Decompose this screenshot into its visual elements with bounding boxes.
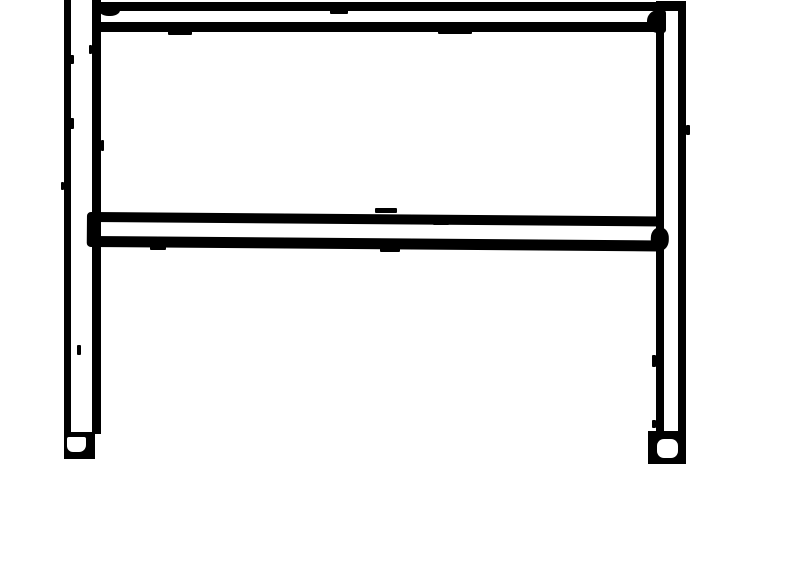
scan-noise-tick <box>70 118 74 129</box>
scan-noise-tick <box>438 30 472 34</box>
top-rail-top-line <box>100 2 682 11</box>
scan-noise-tick <box>686 125 690 135</box>
left-foot-socket-hole <box>67 437 86 452</box>
top-rail <box>92 2 682 34</box>
frame-drawing <box>0 0 800 581</box>
left-post-outer-line <box>64 0 71 434</box>
right-post-right-line <box>678 1 686 433</box>
scan-noise-tick <box>101 140 104 151</box>
top-rail-right-weld <box>647 10 666 33</box>
scan-noise-tick <box>70 55 74 64</box>
scan-noise-tick <box>330 10 348 14</box>
left-foot <box>64 432 95 459</box>
scan-noise-tick <box>77 345 81 355</box>
mid-rail-left-weld <box>87 212 96 247</box>
right-foot-socket-hole <box>657 439 678 458</box>
mid-rail-right-weld <box>651 227 669 250</box>
scan-noise-tick <box>168 31 192 35</box>
scan-noise-tick <box>61 182 64 190</box>
mid-rail-top-line <box>92 212 660 226</box>
scan-noise-tick <box>652 420 656 428</box>
scan-noise-tick <box>375 208 397 213</box>
scan-noise-tick <box>380 247 400 252</box>
scan-noise-tick <box>652 355 656 367</box>
mid-rail-bottom-line <box>92 236 660 251</box>
top-rail-left-weld <box>99 3 120 16</box>
right-foot <box>648 431 686 464</box>
scan-noise-tick <box>150 244 166 250</box>
scan-noise-tick <box>433 221 449 225</box>
scan-noise-tick <box>89 45 92 54</box>
